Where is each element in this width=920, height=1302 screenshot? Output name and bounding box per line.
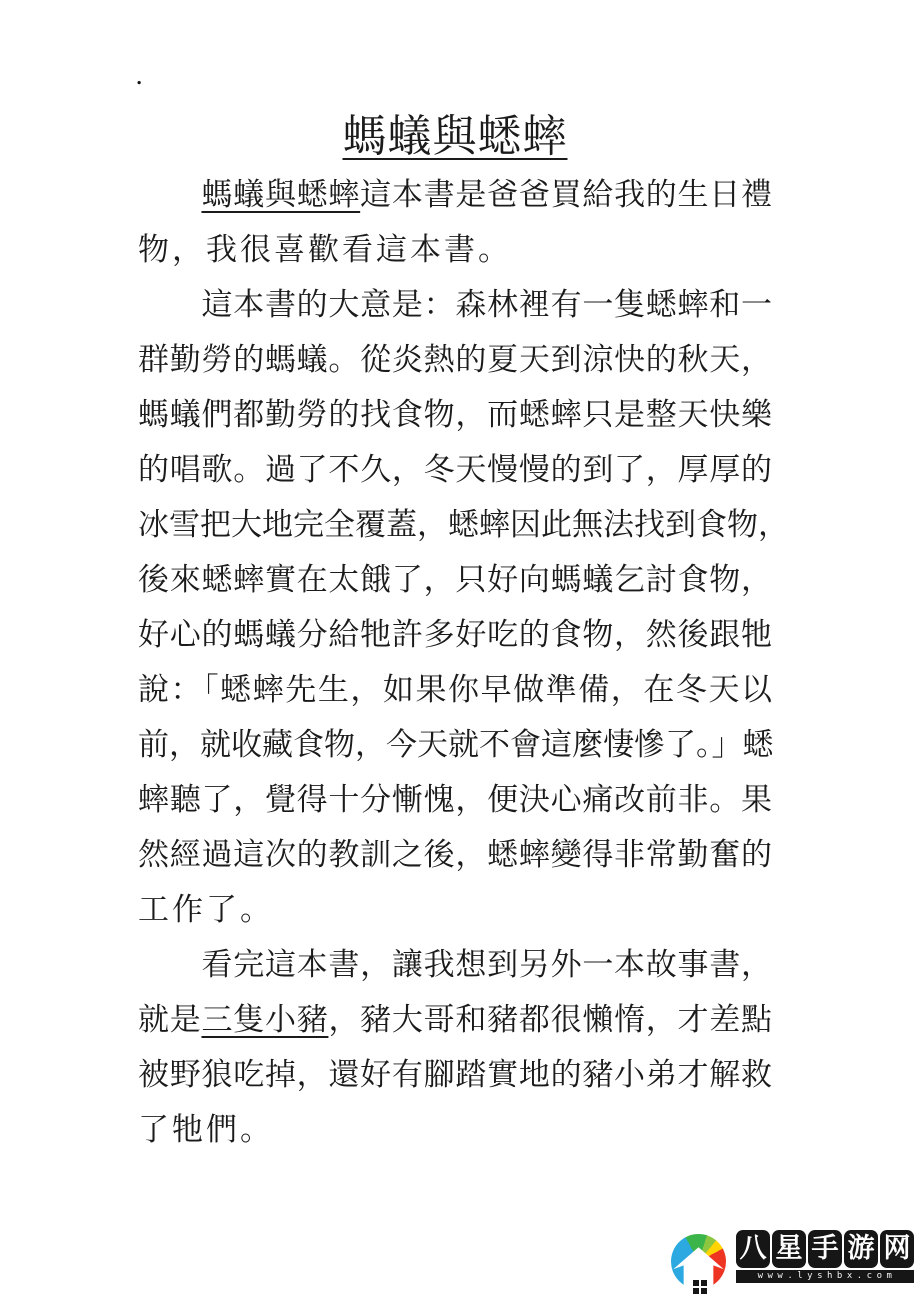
text-segment: 被野狼吃掉，還好有腳踏實地的豬小弟才解救 (138, 1057, 772, 1093)
text-segment: 前，就收藏食物，今天就不會這麼悽慘了。」蟋 (138, 727, 774, 763)
watermark-text-block: 八星手游网 www.lyshbx.com (736, 1230, 914, 1283)
watermark-logo-icon (666, 1230, 728, 1300)
underlined-text: 螞蟻與蟋蟀 (201, 177, 360, 213)
essay-line-p3-l1: 看完這本書，讓我想到另外一本故事書， (138, 938, 772, 993)
text-segment: 的唱歌。過了不久，冬天慢慢的到了，厚厚的 (138, 452, 772, 488)
text-segment: 冰雪把大地完全覆蓋，蟋蟀因此無法找到食物， (138, 507, 789, 543)
essay-line-p3-l3: 被野狼吃掉，還好有腳踏實地的豬小弟才解救 (138, 1048, 772, 1103)
underlined-text: 三隻小豬 (201, 1002, 328, 1038)
text-segment: 好心的螞蟻分給牠許多好吃的食物，然後跟牠 (138, 617, 772, 653)
essay-line-p2-l9: 前，就收藏食物，今天就不會這麼悽慘了。」蟋 (138, 718, 772, 773)
essay-body: 螞蟻與蟋蟀這本書是爸爸買給我的生日禮物，我很喜歡看這本書。 這本書的大意是：森林… (138, 168, 772, 1158)
text-segment: 螞蟻們都勤勞的找食物，而蟋蟀只是整天快樂 (138, 397, 772, 433)
watermark-site-name: 八星手游网 (736, 1230, 914, 1268)
essay-title: 螞蟻與蟋蟀 (138, 100, 772, 164)
document-page: . 螞蟻與蟋蟀 螞蟻與蟋蟀這本書是爸爸買給我的生日禮物，我很喜歡看這本書。 這本… (0, 0, 920, 1302)
essay-line-p2-l3: 螞蟻們都勤勞的找食物，而蟋蟀只是整天快樂 (138, 388, 772, 443)
essay-line-p2-l12: 工作了。 (138, 883, 772, 938)
watermark: 八星手游网 www.lyshbx.com (666, 1230, 914, 1300)
watermark-site-name-char: 手 (808, 1230, 842, 1268)
watermark-site-name-char: 八 (736, 1230, 770, 1268)
watermark-site-name-char: 网 (880, 1230, 914, 1268)
essay-line-p2-l6: 後來蟋蟀實在太餓了，只好向螞蟻乞討食物， (138, 553, 772, 608)
text-segment: 看完這本書，讓我想到另外一本故事書， (138, 947, 772, 983)
text-segment: 工作了。 (138, 892, 274, 928)
essay-line-p2-l10: 蟀聽了，覺得十分慚愧，便決心痛改前非。果 (138, 773, 772, 828)
text-segment: 就是 (138, 1002, 201, 1038)
essay-line-p2-l11: 然經過這次的教訓之後，蟋蟀變得非常勤奮的 (138, 828, 772, 883)
essay-line-p2-l7: 好心的螞蟻分給牠許多好吃的食物，然後跟牠 (138, 608, 772, 663)
text-segment: 後來蟋蟀實在太餓了，只好向螞蟻乞討食物， (138, 562, 772, 598)
essay-line-p3-l2: 就是三隻小豬，豬大哥和豬都很懶惰，才差點 (138, 993, 772, 1048)
watermark-url: www.lyshbx.com (736, 1270, 914, 1283)
essay-line-p2-l5: 冰雪把大地完全覆蓋，蟋蟀因此無法找到食物， (138, 498, 772, 553)
text-segment: 蟀聽了，覺得十分慚愧，便決心痛改前非。果 (138, 782, 772, 818)
essay-line-p3-l4: 了牠們。 (138, 1103, 772, 1158)
text-segment: 這本書是爸爸買給我的生日禮 (360, 177, 772, 213)
essay-line-p2-l8: 說：「蟋蟀先生，如果你早做準備，在冬天以 (138, 663, 772, 718)
watermark-site-name-char: 游 (844, 1230, 878, 1268)
essay-line-p1-l2: 物，我很喜歡看這本書。 (138, 223, 772, 278)
text-segment: 物，我很喜歡看這本書。 (138, 232, 512, 268)
text-segment: ，豬大哥和豬都很懶惰，才差點 (328, 1002, 772, 1038)
essay-line-p2-l4: 的唱歌。過了不久，冬天慢慢的到了，厚厚的 (138, 443, 772, 498)
essay-line-p2-l2: 群勤勞的螞蟻。從炎熱的夏天到涼快的秋天， (138, 333, 772, 388)
text-segment: 這本書的大意是：森林裡有一隻蟋蟀和一 (138, 287, 772, 323)
watermark-site-name-char: 星 (772, 1230, 806, 1268)
text-segment: 了牠們。 (138, 1112, 274, 1148)
stray-dot-mark: . (136, 68, 142, 89)
text-segment: 然經過這次的教訓之後，蟋蟀變得非常勤奮的 (138, 837, 772, 873)
window-grid-icon (693, 1280, 707, 1294)
text-segment: 群勤勞的螞蟻。從炎熱的夏天到涼快的秋天， (138, 342, 772, 378)
text-segment: 說：「蟋蟀先生，如果你早做準備，在冬天以 (138, 672, 772, 708)
essay-line-p1-l1: 螞蟻與蟋蟀這本書是爸爸買給我的生日禮 (138, 168, 772, 223)
essay-line-p2-l1: 這本書的大意是：森林裡有一隻蟋蟀和一 (138, 278, 772, 333)
text-segment (138, 177, 201, 213)
